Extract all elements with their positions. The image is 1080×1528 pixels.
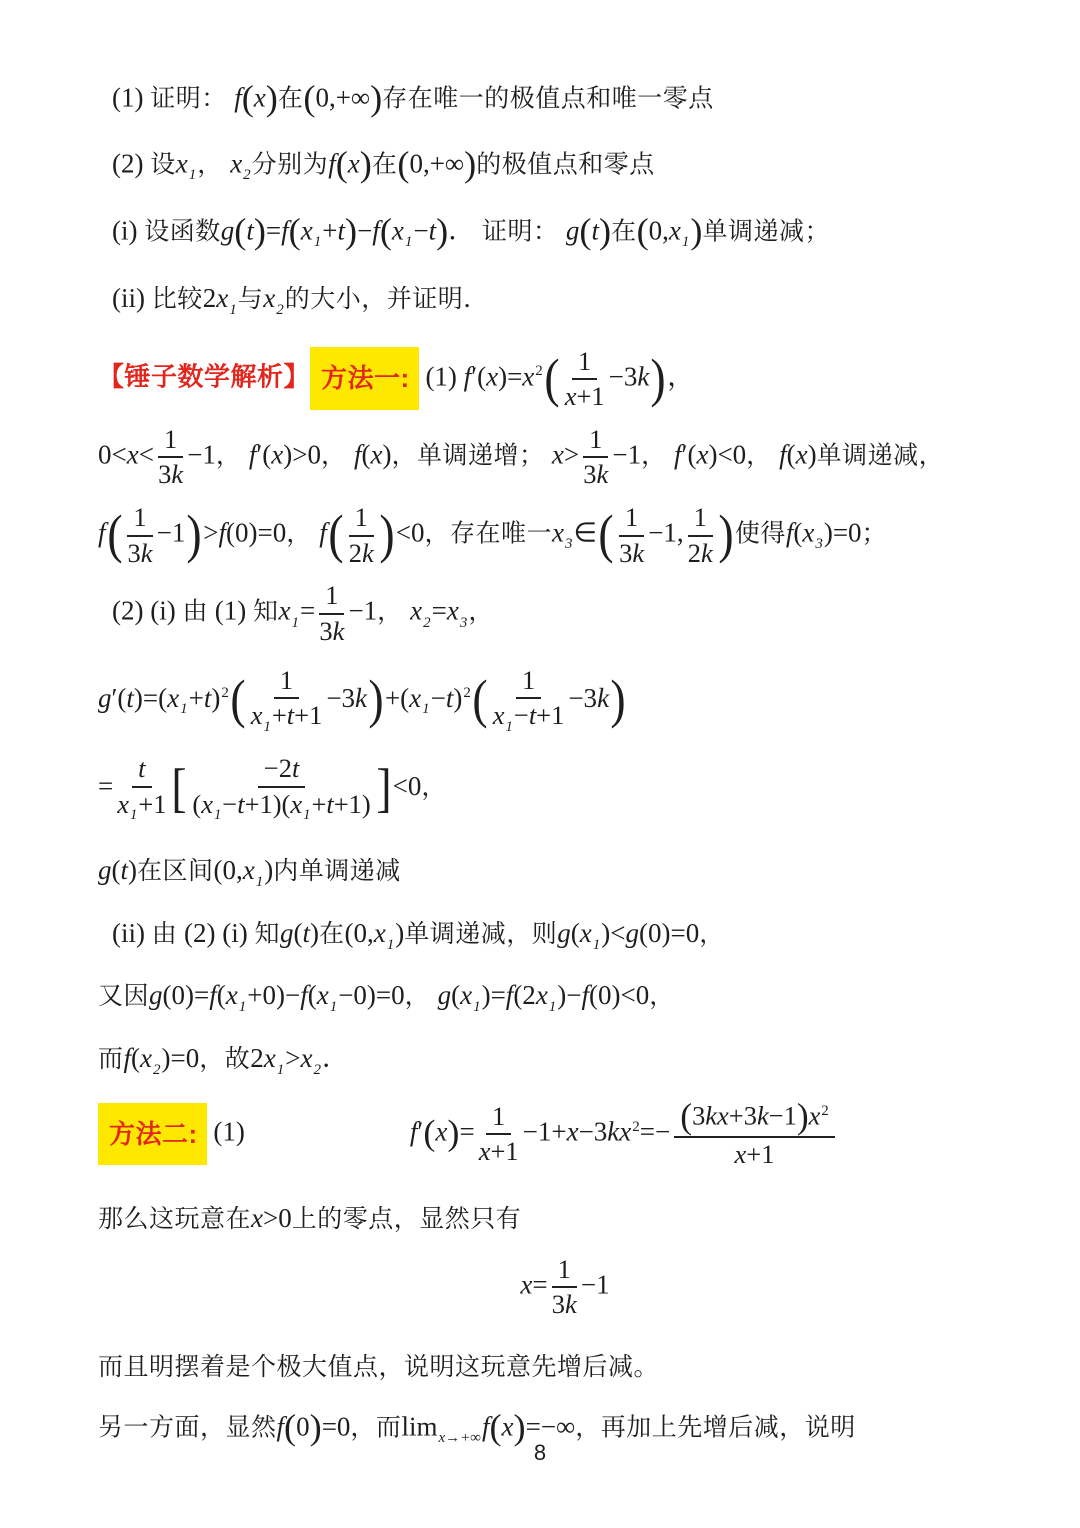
subscript: 1 — [291, 615, 299, 631]
math-variable: k — [333, 616, 345, 646]
math-text-run: ∈ — [574, 518, 598, 548]
fraction-numerator: 1 — [486, 1101, 511, 1136]
math-variable: x — [802, 518, 814, 548]
subscript: 1 — [387, 937, 395, 953]
fraction-numerator: 1 — [688, 502, 713, 537]
math-variable: t — [303, 918, 311, 948]
math-delimiter: ) — [447, 1112, 459, 1152]
math-variable: k — [565, 1289, 577, 1319]
math-text-run: −1+ — [523, 1117, 567, 1147]
subscript: 3 — [565, 536, 573, 552]
math-text-run: (0)= — [163, 980, 210, 1010]
text-run: 使得 — [735, 520, 786, 548]
math-variable: k — [757, 1100, 769, 1130]
math-text-run: ． — [322, 1043, 349, 1073]
math-text-run: =−∞ — [526, 1412, 576, 1442]
math-delimiter: ) — [610, 673, 625, 727]
math-delimiter: ) — [797, 1096, 809, 1136]
math-text-run: 2 — [688, 538, 701, 568]
math-delimiter: ) — [345, 211, 357, 251]
subscript: 1 — [593, 937, 601, 953]
fraction: 13k — [319, 580, 344, 646]
text-run: ，单调递增； — [391, 441, 551, 469]
subscript: 2 — [276, 302, 284, 318]
math-text-run: 2 — [250, 1043, 264, 1073]
math-delimiter: ) — [651, 352, 666, 406]
subscript: 1 — [229, 302, 237, 318]
math-variable: x — [552, 439, 564, 469]
math-variable: f — [219, 518, 227, 548]
math-delimiter: ) — [436, 211, 448, 251]
fraction-numerator: 1 — [552, 1254, 577, 1289]
math-variable: f — [124, 1043, 132, 1073]
math-variable: x — [735, 1139, 747, 1169]
text-run: 另一方面，显然 — [98, 1414, 277, 1442]
math-text-run: ) — [264, 855, 273, 885]
math-text-run: = — [432, 596, 447, 626]
math-text-run: + — [322, 216, 337, 246]
text-run: ， — [421, 773, 447, 801]
math-text-run: ′( — [471, 361, 486, 391]
fraction-denominator: x1−t+1 — [493, 699, 565, 735]
text-run: ，再加上先增后减，说明 — [575, 1414, 856, 1442]
superscript: 2 — [821, 1103, 828, 1119]
math-variable: x — [392, 216, 404, 246]
math-delimiter: ( — [397, 144, 409, 184]
fraction: 13k — [127, 502, 152, 568]
math-variable: x — [264, 1043, 276, 1073]
math-variable: g — [438, 980, 452, 1010]
math-variable: x — [226, 980, 238, 1010]
content-line-15: 方法二: (1)f′(x)=1x+1−1+x−3kx2=−(3kx+3k−1)x… — [98, 1098, 1032, 1170]
math-variable: t — [326, 789, 333, 819]
content-line-16: 那么这玩意在x>0上的零点，显然只有 — [98, 1202, 1032, 1236]
math-variable: k — [171, 459, 183, 489]
fraction-numerator: 1 — [274, 665, 299, 700]
math-text-run: ( — [294, 918, 303, 948]
math-variable: f — [277, 1412, 285, 1442]
math-variable: k — [632, 538, 644, 568]
math-variable: f — [328, 149, 336, 179]
subscript: 1 — [330, 999, 338, 1015]
math-variable: x — [263, 283, 275, 313]
text-run: ， — [746, 441, 779, 469]
text-run: 比较 — [152, 285, 203, 313]
math-text-run: ( — [112, 855, 121, 885]
math-text-run: 2 — [349, 538, 362, 568]
math-variable: x — [410, 596, 422, 626]
math-text-run: 1 — [355, 502, 368, 532]
math-text-run: (ii) — [112, 283, 152, 313]
math-text-run: +0)− — [247, 980, 300, 1010]
math-variable: x — [409, 682, 421, 712]
content-line-11: g(t)在区间(0,x1)内单调递减 — [98, 854, 1032, 892]
math-text-run: (ii) — [112, 918, 152, 948]
text-run: 设 — [150, 151, 176, 179]
math-text-run: ( — [571, 918, 580, 948]
subscript: 2 — [313, 1062, 321, 1078]
math-variable: x — [435, 1117, 447, 1147]
fraction-denominator: x+1 — [479, 1135, 519, 1167]
math-variable: x — [271, 439, 283, 469]
math-delimiter: ) — [379, 508, 394, 562]
text-run: ； — [862, 520, 888, 548]
subscript: 2 — [423, 615, 431, 631]
math-text-run: ) — [453, 682, 462, 712]
document-body: (1) 证明： f(x)在(0,+∞)存在唯一的极值点和唯一零点(2) 设x1，… — [98, 80, 1032, 1448]
subscript: 2 — [153, 1062, 161, 1078]
math-text-run: (1) — [208, 596, 253, 626]
math-text-run: )>0 — [283, 439, 321, 469]
math-variable: g — [566, 216, 580, 246]
math-delimiter: ( — [336, 144, 348, 184]
math-variable: t — [121, 855, 129, 885]
fraction-denominator: x+1 — [735, 1138, 775, 1170]
math-text-run: 3 — [619, 538, 632, 568]
fraction-denominator: 3k — [583, 458, 608, 490]
math-text-run: ) — [310, 918, 319, 948]
text-run: ，故 — [199, 1045, 250, 1073]
math-variable: x — [502, 1412, 514, 1442]
math-text-run: 1 — [280, 665, 293, 695]
math-variable: k — [596, 459, 608, 489]
fraction-denominator: 3k — [128, 537, 153, 569]
math-text-run: 3 — [319, 616, 332, 646]
content-line-2: (2) 设x1， x2分别为f(x)在(0,+∞)的极值点和零点 — [98, 146, 1032, 185]
math-delimiter: ( — [230, 673, 245, 727]
text-run: ， — [216, 441, 249, 469]
math-text-run: −1 — [581, 1270, 610, 1300]
text-run: 单调递减， — [817, 441, 945, 469]
math-variable: x — [447, 596, 459, 626]
math-variable: f — [372, 216, 380, 246]
math-variable: g — [149, 980, 163, 1010]
text-run: 在 — [372, 151, 398, 179]
superscript: 2 — [221, 685, 229, 701]
fraction-denominator: (x1−t+1)(x1+t+1) — [192, 788, 370, 824]
math-text-run: (2) — [112, 149, 150, 179]
fraction-denominator: 3k — [552, 1288, 577, 1320]
math-delimiter: ) — [187, 508, 202, 562]
fraction-denominator: x1+1 — [117, 788, 166, 824]
math-text-run: −3 — [326, 682, 355, 712]
math-text-run: ) — [808, 439, 817, 469]
fraction-denominator: 2k — [349, 537, 374, 569]
subscript: 1 — [130, 807, 137, 823]
math-delimiter: ( — [637, 211, 649, 251]
content-line-9: g′(t)=(x1+t)2(1x1+t+1−3k)+(x1−t)2(1x1−t+… — [98, 665, 1032, 736]
math-variable: t — [292, 753, 299, 783]
math-text-run: (1) — [207, 1117, 245, 1147]
subscript: 1 — [473, 999, 481, 1015]
text-run: 单调递减； — [702, 218, 830, 246]
math-text-run: (0, — [214, 855, 243, 885]
page-number: 8 — [0, 1440, 1080, 1466]
text-run: 由 — [182, 598, 208, 626]
math-text-run: ( — [192, 789, 201, 819]
text-run: 设函数 — [144, 218, 221, 246]
text-run: 的大小，并证明． — [285, 285, 489, 313]
math-text-run: (0)=0 — [639, 918, 699, 948]
text-run: 证明： — [150, 84, 234, 112]
text-run: ， — [321, 441, 354, 469]
math-text-run: 1 — [133, 502, 146, 532]
text-run: 而且明摆着是个极大值点，说明这玩意先增后减。 — [98, 1353, 659, 1381]
math-text-run: )= — [498, 361, 522, 391]
method-highlight-label: 方法二: — [98, 1103, 207, 1166]
content-line-18: 而且明摆着是个极大值点，说明这玩意先增后减。 — [98, 1352, 1032, 1383]
math-variable: x — [278, 596, 290, 626]
math-text-run: ( — [793, 518, 802, 548]
content-line-4: (ii) 比较2x1与x2的大小，并证明． — [98, 282, 1032, 320]
fraction-numerator: −2t — [258, 753, 306, 788]
superscript: 2 — [632, 1119, 640, 1135]
text-run: ，而 — [350, 1414, 401, 1442]
math-text-run: (1) — [112, 82, 150, 112]
math-text-run: +1 — [294, 700, 322, 730]
math-text-run: )=0 — [824, 518, 862, 548]
math-text-run: )=( — [134, 682, 167, 712]
math-text-run: + — [272, 700, 287, 730]
text-run: ，存在唯一 — [425, 520, 553, 548]
content-line-6: 0<x<13k−1， f′(x)>0， f(x)，单调递增； x>13k−1， … — [98, 424, 1032, 490]
fraction: 1x1−t+1 — [493, 665, 565, 736]
math-delimiter: ) — [690, 211, 702, 251]
math-delimiter: ( — [680, 1096, 692, 1136]
content-line-1: (1) 证明： f(x)在(0,+∞)存在唯一的极值点和唯一零点 — [98, 80, 1032, 116]
math-text-run: 3 — [158, 459, 171, 489]
text-run: 知 — [253, 598, 279, 626]
math-variable: x — [243, 855, 255, 885]
subscript: 1 — [549, 999, 557, 1015]
math-variable: f — [209, 980, 217, 1010]
fraction: 1x1+t+1 — [251, 665, 323, 736]
math-text-run: ( — [217, 980, 226, 1010]
math-variable: x — [254, 82, 266, 112]
content-line-12: (ii) 由 (2) (i) 知g(t)在(0,x1)单调递减，则g(x1)<g… — [98, 917, 1032, 955]
math-delimiter: ( — [544, 352, 559, 406]
content-line-5: 【锤子数学解析】方法一: (1) f′(x)=x2(1x+1−3k)， — [98, 346, 1032, 412]
math-variable: x — [290, 789, 302, 819]
fraction-denominator: 2k — [688, 537, 713, 569]
math-text-run: ． — [448, 216, 482, 246]
text-run: 那么这玩意在 — [98, 1205, 251, 1233]
subscript: 1 — [506, 719, 513, 735]
text-run: 的极值点和零点 — [476, 151, 655, 179]
math-variable: k — [362, 538, 374, 568]
math-variable: t — [138, 753, 145, 783]
fraction: −2t(x1−t+1)(x1+t+1) — [192, 753, 370, 824]
math-text-run: )< — [601, 918, 625, 948]
math-text-run: <0 — [393, 771, 422, 801]
math-variable: g — [280, 918, 294, 948]
fraction-numerator: 1 — [516, 665, 541, 700]
math-text-run: + — [311, 789, 326, 819]
math-text-run: (2) (i) — [177, 918, 254, 948]
math-variable: t — [591, 216, 599, 246]
fraction-numerator: 1 — [572, 346, 597, 381]
fraction: 1x+1 — [565, 346, 605, 412]
fraction-numerator: 1 — [319, 580, 344, 615]
fraction-numerator: 1 — [349, 502, 374, 537]
text-run: 内单调递减 — [273, 857, 401, 885]
math-variable: x — [140, 1043, 152, 1073]
math-variable: f — [234, 82, 242, 112]
fraction: 13k — [552, 1254, 577, 1320]
math-text-run: 0,+∞ — [409, 149, 464, 179]
fraction-denominator: 3k — [619, 537, 644, 569]
math-delimiter: ( — [328, 508, 343, 562]
text-run: ， — [197, 151, 230, 179]
math-text-run: = — [98, 771, 113, 801]
math-variable: k — [597, 682, 609, 712]
math-text-run: >0 — [263, 1203, 292, 1233]
math-text-run: = — [532, 1270, 547, 1300]
math-variable: x — [520, 1270, 532, 1300]
math-variable: x — [317, 980, 329, 1010]
math-variable: x — [167, 682, 179, 712]
math-text-run: (2 — [513, 980, 536, 1010]
math-text-run: lim — [401, 1412, 437, 1442]
math-variable: t — [126, 682, 134, 712]
math-delimiter: ( — [579, 211, 591, 251]
math-text-run: 0 — [296, 1412, 310, 1442]
math-text-run: > — [285, 1043, 300, 1073]
subscript: 1 — [264, 719, 271, 735]
math-text-run: 3 — [128, 538, 141, 568]
analysis-source-label: 【锤子数学解析】 — [98, 361, 310, 391]
math-variable: x — [230, 149, 242, 179]
math-text-run: ′( — [256, 439, 271, 469]
subscript: 1 — [189, 167, 197, 183]
math-variable: t — [429, 216, 437, 246]
math-text-run: (0)=0 — [226, 518, 286, 548]
subscript: 1 — [277, 1062, 285, 1078]
math-variable: t — [246, 216, 254, 246]
math-text-run: −1 — [187, 439, 216, 469]
math-variable: x — [796, 439, 808, 469]
math-text-run: =− — [640, 1117, 670, 1147]
math-delimiter: ( — [303, 78, 315, 118]
math-text-run: =0 — [322, 1412, 351, 1442]
math-text-run: (0)<0 — [589, 980, 649, 1010]
math-text-run: (1) — [419, 361, 464, 391]
math-delimiter: ) — [266, 78, 278, 118]
text-run: ， — [377, 598, 410, 626]
fraction-numerator: (3kx+3k−1)x2 — [674, 1098, 835, 1139]
text-run: 与 — [238, 285, 264, 313]
text-run: 分别为 — [252, 151, 329, 179]
text-run: 单调递减，则 — [404, 920, 557, 948]
math-delimiter: ] — [376, 762, 391, 816]
fraction-denominator: 3k — [319, 615, 344, 647]
text-run: 由 — [152, 920, 178, 948]
math-text-run: ( — [451, 980, 460, 1010]
math-variable: f — [674, 439, 682, 469]
math-text-run: 1 — [558, 1254, 571, 1284]
text-run: ， — [468, 598, 494, 626]
math-text-run: 3 — [692, 1100, 705, 1130]
math-variable: kx — [705, 1100, 728, 1130]
math-variable: x — [300, 1043, 312, 1073]
math-text-run: (2) (i) — [112, 596, 182, 626]
subscript: 1 — [303, 807, 310, 823]
math-variable: x — [117, 789, 129, 819]
text-run: 在 — [319, 920, 345, 948]
math-text-run: 0< — [98, 439, 127, 469]
math-text-run: )=0 — [162, 1043, 200, 1073]
math-delimiter: ( — [380, 211, 392, 251]
math-variable: t — [237, 789, 244, 819]
math-text-run: − — [514, 700, 529, 730]
math-variable: g — [557, 918, 571, 948]
math-variable: x — [127, 439, 139, 469]
math-text-run: 1 — [522, 665, 535, 695]
math-text-run: −3 — [579, 1117, 608, 1147]
subscript: 1 — [214, 807, 221, 823]
math-text-run: = — [266, 216, 281, 246]
math-variable: x — [479, 1136, 491, 1166]
math-text-run: )= — [482, 980, 506, 1010]
math-text-run: 1 — [578, 346, 591, 376]
math-text-run: −1 — [157, 518, 186, 548]
content-line-14: 而f(x2)=0，故2x1>x2． — [98, 1042, 1032, 1080]
text-run: ， — [641, 441, 674, 469]
math-variable: x — [251, 1203, 263, 1233]
math-delimiter: ( — [234, 211, 246, 251]
math-delimiter: ) — [368, 673, 383, 727]
subscript: 1 — [239, 999, 247, 1015]
text-run: 在区间 — [137, 857, 214, 885]
text-run: 又因 — [98, 982, 149, 1010]
math-variable: k — [141, 538, 153, 568]
math-variable: x — [201, 789, 213, 819]
math-text-run: 0, — [649, 216, 669, 246]
math-text-run: − — [431, 682, 446, 712]
math-delimiter: ) — [254, 211, 266, 251]
math-text-run: 1 — [694, 502, 707, 532]
math-text-run: +( — [385, 682, 409, 712]
math-variable: k — [637, 361, 649, 391]
math-text-run: +1 — [746, 1139, 774, 1169]
subscript: 3 — [815, 536, 823, 552]
math-variable: g — [221, 216, 235, 246]
math-delimiter: ( — [107, 508, 122, 562]
math-variable: f — [98, 518, 106, 548]
math-variable: f — [300, 980, 308, 1010]
math-variable: f — [281, 216, 289, 246]
math-text-run: +1)( — [245, 789, 291, 819]
subscript: 1 — [682, 234, 690, 250]
fraction: (3kx+3k−1)x2x+1 — [674, 1098, 835, 1170]
math-text-run: 1 — [589, 424, 602, 454]
math-variable: x — [486, 361, 498, 391]
fraction: 12k — [349, 502, 374, 568]
math-variable: x — [696, 439, 708, 469]
math-text-run: ) — [128, 855, 137, 885]
text-run: 在 — [278, 84, 304, 112]
math-variable: x — [580, 918, 592, 948]
math-variable: f — [319, 518, 327, 548]
math-text-run: +1) — [334, 789, 371, 819]
superscript: 2 — [535, 363, 543, 379]
math-text-run: +1 — [490, 1136, 518, 1166]
method-highlight-label: 方法一: — [310, 347, 419, 410]
subscript: 2 — [243, 167, 251, 183]
text-run: ， — [286, 520, 319, 548]
math-text-run: > — [203, 518, 218, 548]
fraction-denominator: 3k — [158, 458, 183, 490]
